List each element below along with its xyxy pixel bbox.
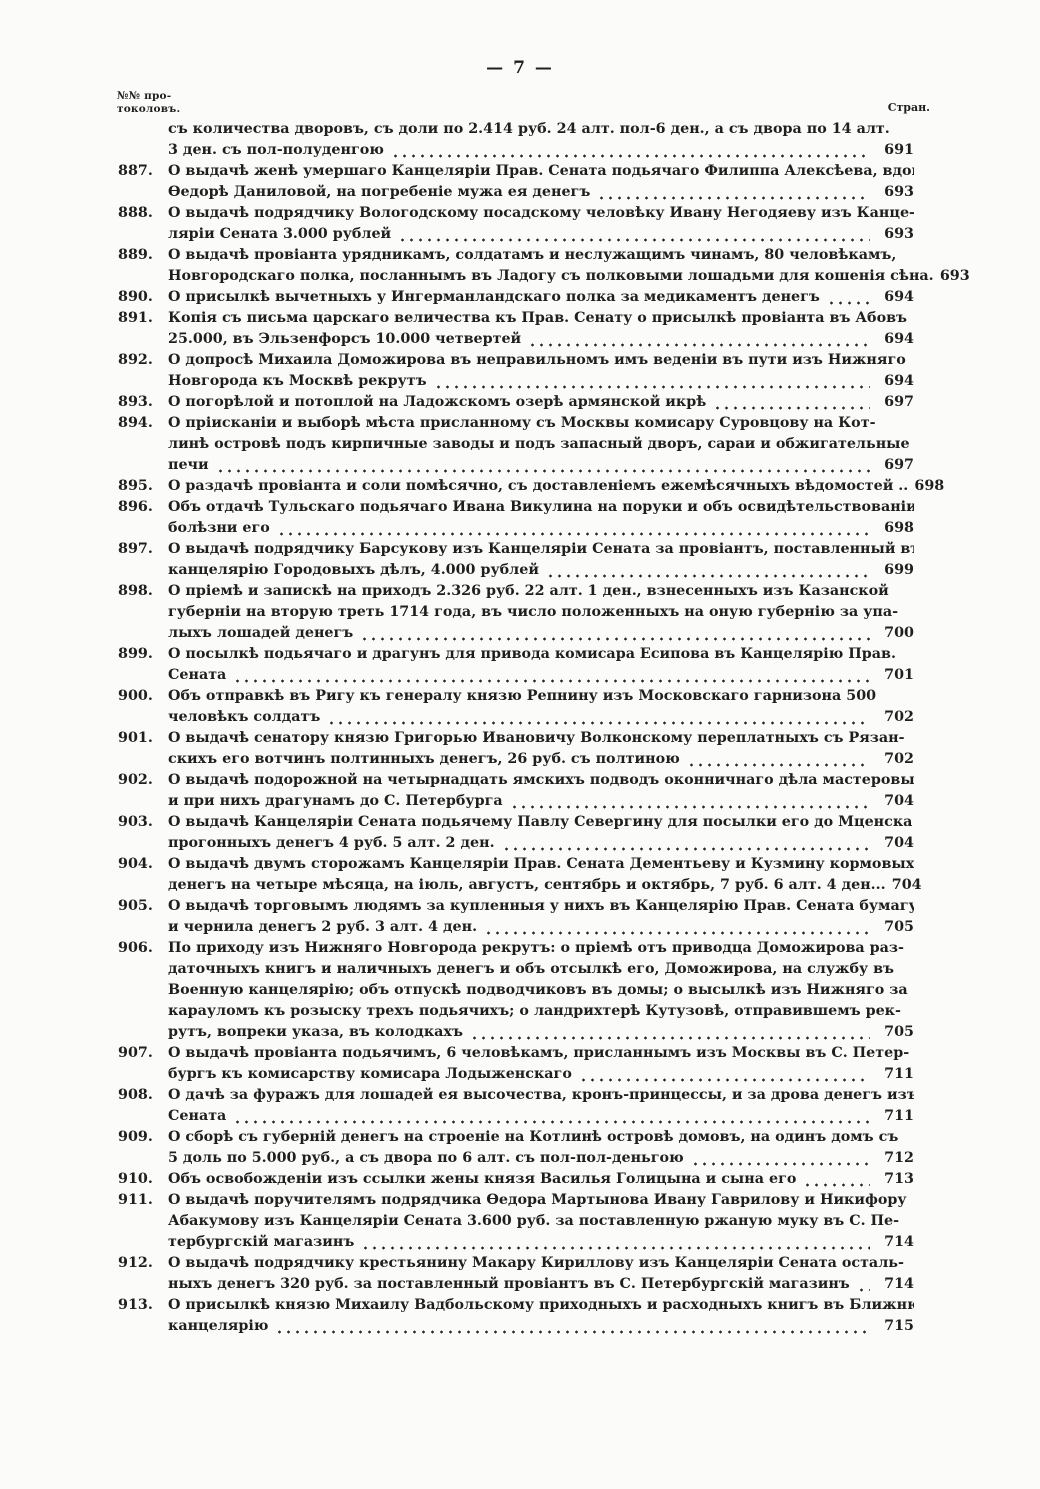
dot-leader: [361, 1239, 870, 1253]
entry-text: 25.000, въ Эльзенфорсъ 10.000 четвертей: [168, 329, 521, 350]
entry-number: 903.: [118, 812, 168, 833]
entry-text-line: Сената711: [168, 1106, 914, 1127]
entry-text: печи: [168, 455, 209, 476]
entry-page-number: 713: [878, 1169, 914, 1190]
entry-text-line: ляріи Сената 3.000 рублей693: [168, 224, 914, 245]
column-header-protocol-line1: №№ про-: [117, 90, 180, 103]
entry-number: 905.: [118, 896, 168, 917]
entry-text: денегъ на четыре мѣсяца, на іюль, август…: [168, 875, 886, 896]
entry-text-line: Военную канцелярію; объ отпускѣ подводчи…: [168, 980, 914, 1001]
entry-text: Объ освобожденіи изъ ссылки жены князя В…: [168, 1169, 796, 1190]
entry-text: и чернила денегъ 2 руб. 3 алт. 4 ден.: [168, 917, 477, 938]
entry-text: 5 доль по 5.000 руб., а съ двора по 6 ал…: [168, 1148, 684, 1169]
entry-number: 898.: [118, 581, 168, 602]
entry-body: О погорѣлой и потоплой на Ладожскомъ озе…: [168, 392, 914, 413]
entry-text-line: болѣзни его698: [168, 518, 914, 539]
toc-entry: 889.О выдачѣ провіанта урядникамъ, солда…: [118, 245, 914, 287]
entry-body: Объ отправкѣ въ Ригу къ генералу князю Р…: [168, 686, 914, 728]
entry-number: 895.: [118, 476, 168, 497]
page-number-top: — 7 —: [0, 58, 1040, 78]
dot-leader: [233, 1113, 870, 1127]
entry-text: 3 ден. съ пол-полуденгою: [168, 140, 384, 161]
entry-number: 911.: [118, 1190, 168, 1211]
entry-page-number: 697: [878, 392, 914, 413]
dot-leader: [546, 567, 870, 581]
entry-body: О присылкѣ вычетныхъ у Ингерманландскаго…: [168, 287, 914, 308]
entry-number: 894.: [118, 413, 168, 434]
entry-text-line: О выдачѣ подрядчику Барсукову изъ Канцел…: [168, 539, 914, 560]
entry-body: Копія съ письма царскаго величества къ П…: [168, 308, 914, 350]
entry-number: 907.: [118, 1043, 168, 1064]
dot-leader: [277, 525, 870, 539]
entry-number: 913.: [118, 1295, 168, 1316]
entry-number: 900.: [118, 686, 168, 707]
entry-text: и при нихъ драгунамъ до С. Петербурга: [168, 791, 503, 812]
dot-leader: [528, 336, 870, 350]
dot-leader: [510, 798, 870, 812]
entry-text-line: Абакумову изъ Канцеляріи Сената 3.600 ру…: [168, 1211, 914, 1232]
toc-entry: 903.О выдачѣ Канцеляріи Сената подьячему…: [118, 812, 914, 854]
entry-text-line: человѣкъ солдатъ702: [168, 707, 914, 728]
entry-text: ныхъ денегъ 320 руб. за поставленный про…: [168, 1274, 850, 1295]
entry-body: О пріисканіи и выборѣ мѣста присланному …: [168, 413, 914, 476]
dot-leader: [470, 1029, 870, 1043]
entry-text: лыхъ лошадей денегъ: [168, 623, 353, 644]
toc-entry: 898.О пріемѣ и запискѣ на приходъ 2.326 …: [118, 581, 914, 644]
entry-number: 890.: [118, 287, 168, 308]
entry-body: О выдачѣ женѣ умершаго Канцеляріи Прав. …: [168, 161, 914, 203]
entry-number: 897.: [118, 539, 168, 560]
entry-number: 901.: [118, 728, 168, 749]
column-header-page: Стран.: [888, 101, 930, 114]
entry-text-line: рутъ, вопреки указа, въ колодкахъ705: [168, 1022, 914, 1043]
toc-entry: 910.Объ освобожденіи изъ ссылки жены кня…: [118, 1169, 914, 1190]
entry-text: тербургскій магазинъ: [168, 1232, 354, 1253]
dot-leader: [398, 231, 870, 245]
entry-text: болѣзни его: [168, 518, 270, 539]
entry-text: О присылкѣ вычетныхъ у Ингерманландскаго…: [168, 287, 820, 308]
entry-number: 904.: [118, 854, 168, 875]
entry-body: О посылкѣ подьячаго и драгунъ для привод…: [168, 644, 914, 686]
toc-entry: 897.О выдачѣ подрядчику Барсукову изъ Ка…: [118, 539, 914, 581]
entry-text-line: Новгорода къ Москвѣ рекрутъ694: [168, 371, 914, 392]
entry-text: Новгорода къ Москвѣ рекрутъ: [168, 371, 427, 392]
entry-text: О раздачѣ провіанта и соли помѣсячно, съ…: [168, 476, 908, 497]
entry-page-number: 704: [878, 791, 914, 812]
entry-text-line: О выдачѣ Канцеляріи Сената подьячему Пав…: [168, 812, 914, 833]
dot-leader: [216, 462, 870, 476]
entry-page-number: 702: [878, 749, 914, 770]
entry-text: канцелярію Городовыхъ дѣлъ, 4.000 рублей: [168, 560, 539, 581]
toc-entry: 888.О выдачѣ подрядчику Вологодскому пос…: [118, 203, 914, 245]
entry-text: Ѳедорѣ Даниловой, на погребеніе мужа ея …: [168, 182, 590, 203]
entry-text-line: О выдачѣ поручителямъ подрядчика Ѳедора …: [168, 1190, 914, 1211]
toc-entry: 901.О выдачѣ сенатору князю Григорью Ива…: [118, 728, 914, 770]
entry-text-line: Сената701: [168, 665, 914, 686]
dot-leader: [691, 1155, 870, 1169]
dot-leader: [360, 630, 870, 644]
entry-text-line: Копія съ письма царскаго величества къ П…: [168, 308, 914, 329]
entry-page-number: 694: [878, 371, 914, 392]
entry-page-number: 712: [878, 1148, 914, 1169]
entry-text-line: канцелярію715: [168, 1316, 914, 1337]
entry-page-number: 698: [878, 518, 914, 539]
entry-text-line: канцелярію Городовыхъ дѣлъ, 4.000 рублей…: [168, 560, 914, 581]
entry-body: Объ отдачѣ Тульскаго подьячаго Ивана Вик…: [168, 497, 914, 539]
entry-text-line: и чернила денегъ 2 руб. 3 алт. 4 ден.705: [168, 917, 914, 938]
entry-body: О выдачѣ Канцеляріи Сената подьячему Пав…: [168, 812, 914, 854]
entry-text-line: Ѳедорѣ Даниловой, на погребеніе мужа ея …: [168, 182, 914, 203]
entry-body: О выдачѣ провіанта урядникамъ, солдатамъ…: [168, 245, 914, 287]
dot-leader: [434, 378, 870, 392]
entry-text-line: О присылкѣ вычетныхъ у Ингерманландскаго…: [168, 287, 914, 308]
entry-body: По приходу изъ Нижняго Новгорода рекрутъ…: [168, 938, 914, 1043]
entry-text: бургъ къ комисарству комисара Лодыженска…: [168, 1064, 572, 1085]
entry-text-line: О пріемѣ и запискѣ на приходъ 2.326 руб.…: [168, 581, 914, 602]
entry-body: О допросѣ Михаила Доможирова въ неправил…: [168, 350, 914, 392]
entry-body: О выдачѣ подрядчику крестьянину Макару К…: [168, 1253, 914, 1295]
entry-text: О погорѣлой и потоплой на Ладожскомъ озе…: [168, 392, 706, 413]
dot-leader: [827, 294, 870, 308]
entry-text-line: О пріисканіи и выборѣ мѣста присланному …: [168, 413, 914, 434]
entry-number: 912.: [118, 1253, 168, 1274]
entry-text-line: По приходу изъ Нижняго Новгорода рекрутъ…: [168, 938, 914, 959]
entry-text: скихъ его вотчинъ полтинныхъ денегъ, 26 …: [168, 749, 680, 770]
entry-text-line: денегъ на четыре мѣсяца, на іюль, август…: [168, 875, 914, 896]
entry-text-line: О выдачѣ торговымъ людямъ за купленныя у…: [168, 896, 914, 917]
entry-body: Объ освобожденіи изъ ссылки жены князя В…: [168, 1169, 914, 1190]
entry-number: 889.: [118, 245, 168, 266]
entry-text-line: даточныхъ книгъ и наличныхъ денегъ и объ…: [168, 959, 914, 980]
entry-text-line: Объ отдачѣ Тульскаго подьячаго Ивана Вик…: [168, 497, 914, 518]
scanned-document-page: { "colors": { "paper": "#fbfbfa", "ink":…: [0, 0, 1040, 1489]
entry-text-line: О выдачѣ провіанта урядникамъ, солдатамъ…: [168, 245, 914, 266]
entry-text-line: прогонныхъ денегъ 4 руб. 5 алт. 2 ден.70…: [168, 833, 914, 854]
entry-body: О выдачѣ подорожной на четырнадцать ямск…: [168, 770, 914, 812]
entry-body: О дачѣ за фуражъ для лошадей ея высочест…: [168, 1085, 914, 1127]
column-header-protocol-line2: токоловъ.: [117, 103, 180, 116]
toc-entry: 909.О сборѣ съ губерній денегъ на строен…: [118, 1127, 914, 1169]
entry-number: 887.: [118, 161, 168, 182]
entry-number: 896.: [118, 497, 168, 518]
toc-entry: 890.О присылкѣ вычетныхъ у Ингерманландс…: [118, 287, 914, 308]
entry-body: О выдачѣ подрядчику Вологодскому посадск…: [168, 203, 914, 245]
entry-text-line: ныхъ денегъ 320 руб. за поставленный про…: [168, 1274, 914, 1295]
dot-leader: [233, 672, 870, 686]
dot-leader: [713, 399, 870, 413]
entry-page-number: 705: [878, 1022, 914, 1043]
entry-page-number: 693: [878, 224, 914, 245]
dot-leader: [579, 1071, 870, 1085]
toc-list: съ количества дворовъ, съ доли по 2.414 …: [118, 119, 914, 1337]
toc-entry: 893.О погорѣлой и потоплой на Ладожскомъ…: [118, 392, 914, 413]
entry-page-number: 705: [878, 917, 914, 938]
entry-text-line: 25.000, въ Эльзенфорсъ 10.000 четвертей6…: [168, 329, 914, 350]
entry-text-line: О выдачѣ подрядчику крестьянину Макару К…: [168, 1253, 914, 1274]
toc-entry: 900.Объ отправкѣ въ Ригу къ генералу кня…: [118, 686, 914, 728]
entry-page-number: 697: [878, 455, 914, 476]
entry-text-line: лыхъ лошадей денегъ700: [168, 623, 914, 644]
entry-number: 899.: [118, 644, 168, 665]
toc-entry: 905.О выдачѣ торговымъ людямъ за купленн…: [118, 896, 914, 938]
entry-page-number: 715: [878, 1316, 914, 1337]
dot-leader: [857, 1281, 870, 1295]
entry-text: прогонныхъ денегъ 4 руб. 5 алт. 2 ден.: [168, 833, 495, 854]
toc-entry: 896.Объ отдачѣ Тульскаго подьячаго Ивана…: [118, 497, 914, 539]
entry-text-line: О погорѣлой и потоплой на Ладожскомъ озе…: [168, 392, 914, 413]
entry-number: 910.: [118, 1169, 168, 1190]
entry-body: О сборѣ съ губерній денегъ на строеніе н…: [168, 1127, 914, 1169]
entry-text: рутъ, вопреки указа, въ колодкахъ: [168, 1022, 463, 1043]
entry-body: О выдачѣ провіанта подьячимъ, 6 человѣка…: [168, 1043, 914, 1085]
entry-page-number: 714: [878, 1232, 914, 1253]
entry-page-number: 711: [878, 1064, 914, 1085]
toc-entry: 913.О присылкѣ князю Михаилу Вадбольском…: [118, 1295, 914, 1337]
toc-entry: 911.О выдачѣ поручителямъ подрядчика Ѳед…: [118, 1190, 914, 1253]
dot-leader: [391, 147, 870, 161]
toc-entry: 904.О выдачѣ двумъ сторожамъ Канцеляріи …: [118, 854, 914, 896]
entry-page-number: 691: [878, 140, 914, 161]
entry-number: 891.: [118, 308, 168, 329]
toc-entry: 894.О пріисканіи и выборѣ мѣста присланн…: [118, 413, 914, 476]
entry-page-number: 711: [878, 1106, 914, 1127]
entry-page-number: 698: [908, 476, 944, 497]
dot-leader: [327, 714, 870, 728]
entry-text-line: Новгородскаго полка, посланнымъ въ Ладог…: [168, 266, 914, 287]
entry-page-number: 702: [878, 707, 914, 728]
entry-page-number: 704: [878, 833, 914, 854]
entry-number: 906.: [118, 938, 168, 959]
entry-number: 893.: [118, 392, 168, 413]
entry-text: человѣкъ солдатъ: [168, 707, 320, 728]
entry-text-line: 5 доль по 5.000 руб., а съ двора по 6 ал…: [168, 1148, 914, 1169]
entry-body: О присылкѣ князю Михаилу Вадбольскому пр…: [168, 1295, 914, 1337]
dot-leader: [275, 1323, 870, 1337]
entry-page-number: 700: [878, 623, 914, 644]
column-header-protocol-numbers: №№ про- токоловъ.: [117, 90, 180, 116]
entry-text-line: О выдачѣ подрядчику Вологодскому посадск…: [168, 203, 914, 224]
entry-text-line: тербургскій магазинъ714: [168, 1232, 914, 1253]
toc-entry: 906.По приходу изъ Нижняго Новгорода рек…: [118, 938, 914, 1043]
entry-number: 909.: [118, 1127, 168, 1148]
entry-body: О выдачѣ сенатору князю Григорью Иванови…: [168, 728, 914, 770]
toc-entry: 895.О раздачѣ провіанта и соли помѣсячно…: [118, 476, 914, 497]
entry-text-line: и при нихъ драгунамъ до С. Петербурга704: [168, 791, 914, 812]
entry-text-line: бургъ къ комисарству комисара Лодыженска…: [168, 1064, 914, 1085]
entry-text: канцелярію: [168, 1316, 268, 1337]
entry-text-line: Объ освобожденіи изъ ссылки жены князя В…: [168, 1169, 914, 1190]
entry-text: Сената: [168, 665, 226, 686]
entry-text-line: печи697: [168, 455, 914, 476]
entry-text-line: 3 ден. съ пол-полуденгою691: [168, 140, 914, 161]
entry-text-line: О сборѣ съ губерній денегъ на строеніе н…: [168, 1127, 914, 1148]
toc-entry: 892.О допросѣ Михаила Доможирова въ непр…: [118, 350, 914, 392]
dot-leader: [803, 1176, 870, 1190]
entry-body: О раздачѣ провіанта и соли помѣсячно, съ…: [168, 476, 914, 497]
entry-text-line: О выдачѣ сенатору князю Григорью Иванови…: [168, 728, 914, 749]
entry-number: 892.: [118, 350, 168, 371]
entry-text-line: О выдачѣ подорожной на четырнадцать ямск…: [168, 770, 914, 791]
dot-leader: [502, 840, 870, 854]
entry-number: 902.: [118, 770, 168, 791]
entry-number: 888.: [118, 203, 168, 224]
entry-body: О выдачѣ торговымъ людямъ за купленныя у…: [168, 896, 914, 938]
entry-text-line: губерніи на вторую треть 1714 года, въ ч…: [168, 602, 914, 623]
entry-text-line: скихъ его вотчинъ полтинныхъ денегъ, 26 …: [168, 749, 914, 770]
entry-text-line: О выдачѣ женѣ умершаго Канцеляріи Прав. …: [168, 161, 914, 182]
entry-text-line: О раздачѣ провіанта и соли помѣсячно, съ…: [168, 476, 914, 497]
entry-page-number: 701: [878, 665, 914, 686]
entry-text-line: О выдачѣ двумъ сторожамъ Канцеляріи Прав…: [168, 854, 914, 875]
entry-text: ляріи Сената 3.000 рублей: [168, 224, 391, 245]
dot-leader: [687, 756, 870, 770]
entry-body: О выдачѣ подрядчику Барсукову изъ Канцел…: [168, 539, 914, 581]
entry-page-number: 714: [878, 1274, 914, 1295]
toc-entry: съ количества дворовъ, съ доли по 2.414 …: [118, 119, 914, 161]
toc-entry: 887.О выдачѣ женѣ умершаго Канцеляріи Пр…: [118, 161, 914, 203]
entry-page-number: 693: [878, 182, 914, 203]
entry-body: съ количества дворовъ, съ доли по 2.414 …: [168, 119, 914, 161]
entry-text-line: О посылкѣ подьячаго и драгунъ для привод…: [168, 644, 914, 665]
entry-page-number: 694: [878, 329, 914, 350]
toc-entry: 908.О дачѣ за фуражъ для лошадей ея высо…: [118, 1085, 914, 1127]
entry-text-line: О допросѣ Михаила Доможирова въ неправил…: [168, 350, 914, 371]
entry-text-line: карауломъ къ розыску трехъ подьячихъ; о …: [168, 1001, 914, 1022]
entry-text: Новгородскаго полка, посланнымъ въ Ладог…: [168, 266, 934, 287]
entry-text-line: О выдачѣ провіанта подьячимъ, 6 человѣка…: [168, 1043, 914, 1064]
entry-text-line: О дачѣ за фуражъ для лошадей ея высочест…: [168, 1085, 914, 1106]
toc-entry: 899.О посылкѣ подьячаго и драгунъ для пр…: [118, 644, 914, 686]
entry-number: 908.: [118, 1085, 168, 1106]
dot-leader: [597, 189, 870, 203]
entry-text-line: Объ отправкѣ въ Ригу къ генералу князю Р…: [168, 686, 914, 707]
entry-text-line: съ количества дворовъ, съ доли по 2.414 …: [168, 119, 914, 140]
entry-page-number: 699: [878, 560, 914, 581]
entry-text-line: О присылкѣ князю Михаилу Вадбольскому пр…: [168, 1295, 914, 1316]
toc-entry: 902.О выдачѣ подорожной на четырнадцать …: [118, 770, 914, 812]
toc-entry: 912.О выдачѣ подрядчику крестьянину Мака…: [118, 1253, 914, 1295]
entry-body: О выдачѣ двумъ сторожамъ Канцеляріи Прав…: [168, 854, 914, 896]
toc-entry: 907.О выдачѣ провіанта подьячимъ, 6 чело…: [118, 1043, 914, 1085]
entry-page-number: 704: [886, 875, 922, 896]
dot-leader: [484, 924, 870, 938]
entry-body: О выдачѣ поручителямъ подрядчика Ѳедора …: [168, 1190, 914, 1253]
entry-text: Сената: [168, 1106, 226, 1127]
entry-text-line: линѣ островѣ подъ кирпичные заводы и под…: [168, 434, 914, 455]
toc-entry: 891.Копія съ письма царскаго величества …: [118, 308, 914, 350]
entry-body: О пріемѣ и запискѣ на приходъ 2.326 руб.…: [168, 581, 914, 644]
entry-page-number: 693: [934, 266, 970, 287]
entry-page-number: 694: [878, 287, 914, 308]
